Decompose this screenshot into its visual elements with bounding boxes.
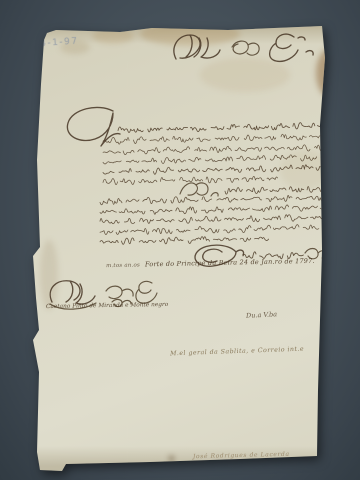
handwriting-line [225, 187, 333, 195]
dateline-prefix: m.tos an.os [106, 262, 140, 269]
handwriting-line [100, 237, 269, 245]
faint-signature: José Rodrigues de Lacerda [193, 451, 290, 461]
body-handwriting-lines [100, 123, 340, 259]
handwriting-line [118, 123, 337, 133]
opening-initial-flourish [67, 107, 120, 146]
photo-background: 34-1-97 m.tos an.osForte do Principe da … [0, 0, 360, 480]
manuscript-paper: 34-1-97 m.tos an.osForte do Principe da … [0, 0, 360, 480]
handwriting-line [103, 144, 338, 155]
rubric-annotation: Du.a V.ba [246, 310, 277, 320]
handwriting-line [100, 204, 333, 214]
handwriting-ink-layer [0, 0, 360, 480]
handwriting-line [103, 165, 333, 174]
handwriting-line [100, 195, 335, 204]
paper-shadow-wrapper: 34-1-97 m.tos an.osForte do Principe da … [0, 0, 360, 480]
handwriting-line [100, 215, 327, 224]
handwriting-line [103, 133, 335, 144]
handwriting-line [103, 154, 340, 164]
salutation-flourish [174, 34, 313, 61]
handwriting-line [100, 225, 334, 235]
paper-stain [328, 92, 344, 106]
vossa-excelencia-flourish [180, 183, 218, 196]
